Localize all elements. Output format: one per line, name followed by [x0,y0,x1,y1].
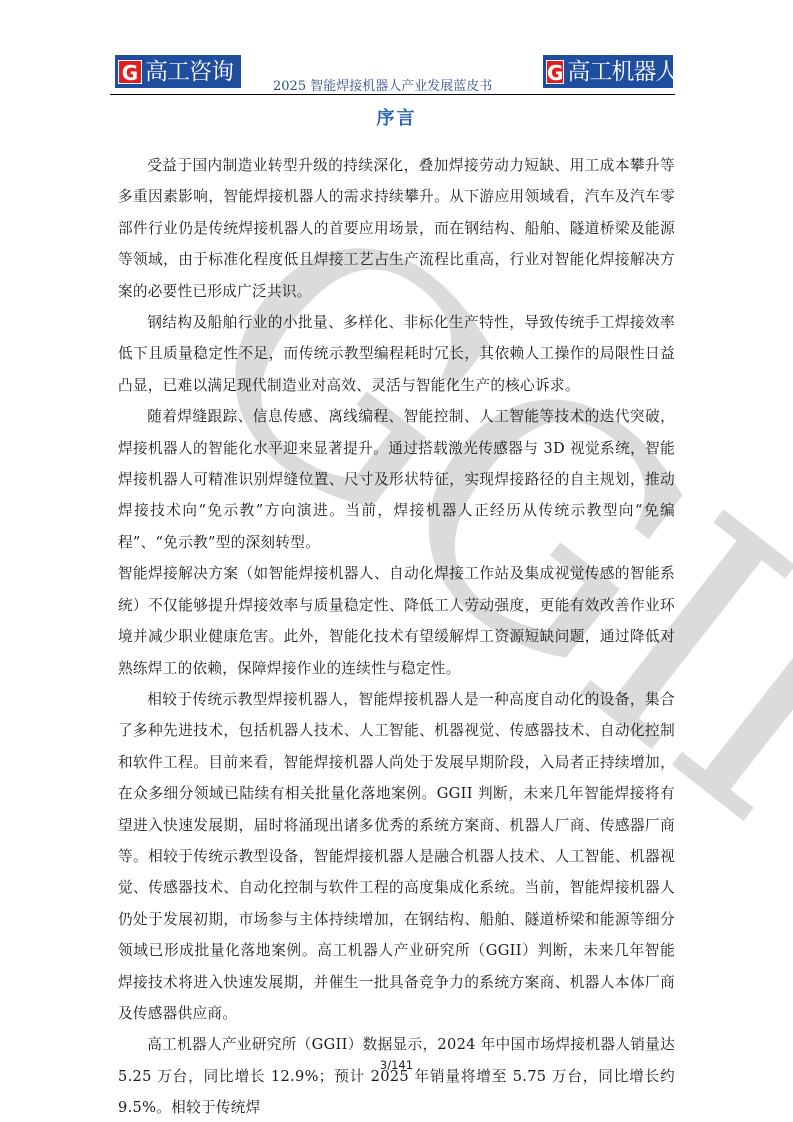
logo-g-mark-icon: G [546,60,564,84]
paragraph: 高工机器人产业研究所（GGII）数据显示，2024 年中国市场焊接机器人销量达 … [118,1029,675,1122]
logo-text: 高工咨询 [145,57,233,87]
paragraph: 随着焊缝跟踪、信息传感、离线编程、智能控制、人工智能等技术的迭代突破，焊接机器人… [118,401,675,558]
document-title: 2025 智能焊接机器人产业发展蓝皮书 [273,75,492,94]
gg-robot-logo: G 高工机器人 [543,55,673,88]
logo-text: 高工机器人 [567,57,677,87]
gg-consulting-logo: G 高工咨询 [115,55,241,88]
document-body: 受益于国内制造业转型升级的持续深化，叠加焊接劳动力短缺、用工成本攀升等多重因素影… [118,150,675,1122]
header-divider [110,94,675,95]
logo-g-mark-icon: G [118,60,142,84]
paragraph: 相较于传统示教型焊接机器人，智能焊接机器人是一种高度自动化的设备，集合了多种先进… [118,684,675,1029]
paragraph: 钢结构及船舶行业的小批量、多样化、非标化生产特性，导致传统手工焊接效率低下且质量… [118,307,675,401]
paragraph: 智能焊接解决方案（如智能焊接机器人、自动化焊接工作站及集成视觉传感的智能系统）不… [118,558,675,684]
page-title: 序言 [0,104,793,130]
page-header: G 高工咨询 2025 智能焊接机器人产业发展蓝皮书 G 高工机器人 [110,55,683,91]
paragraph: 受益于国内制造业转型升级的持续深化，叠加焊接劳动力短缺、用工成本攀升等多重因素影… [118,150,675,307]
